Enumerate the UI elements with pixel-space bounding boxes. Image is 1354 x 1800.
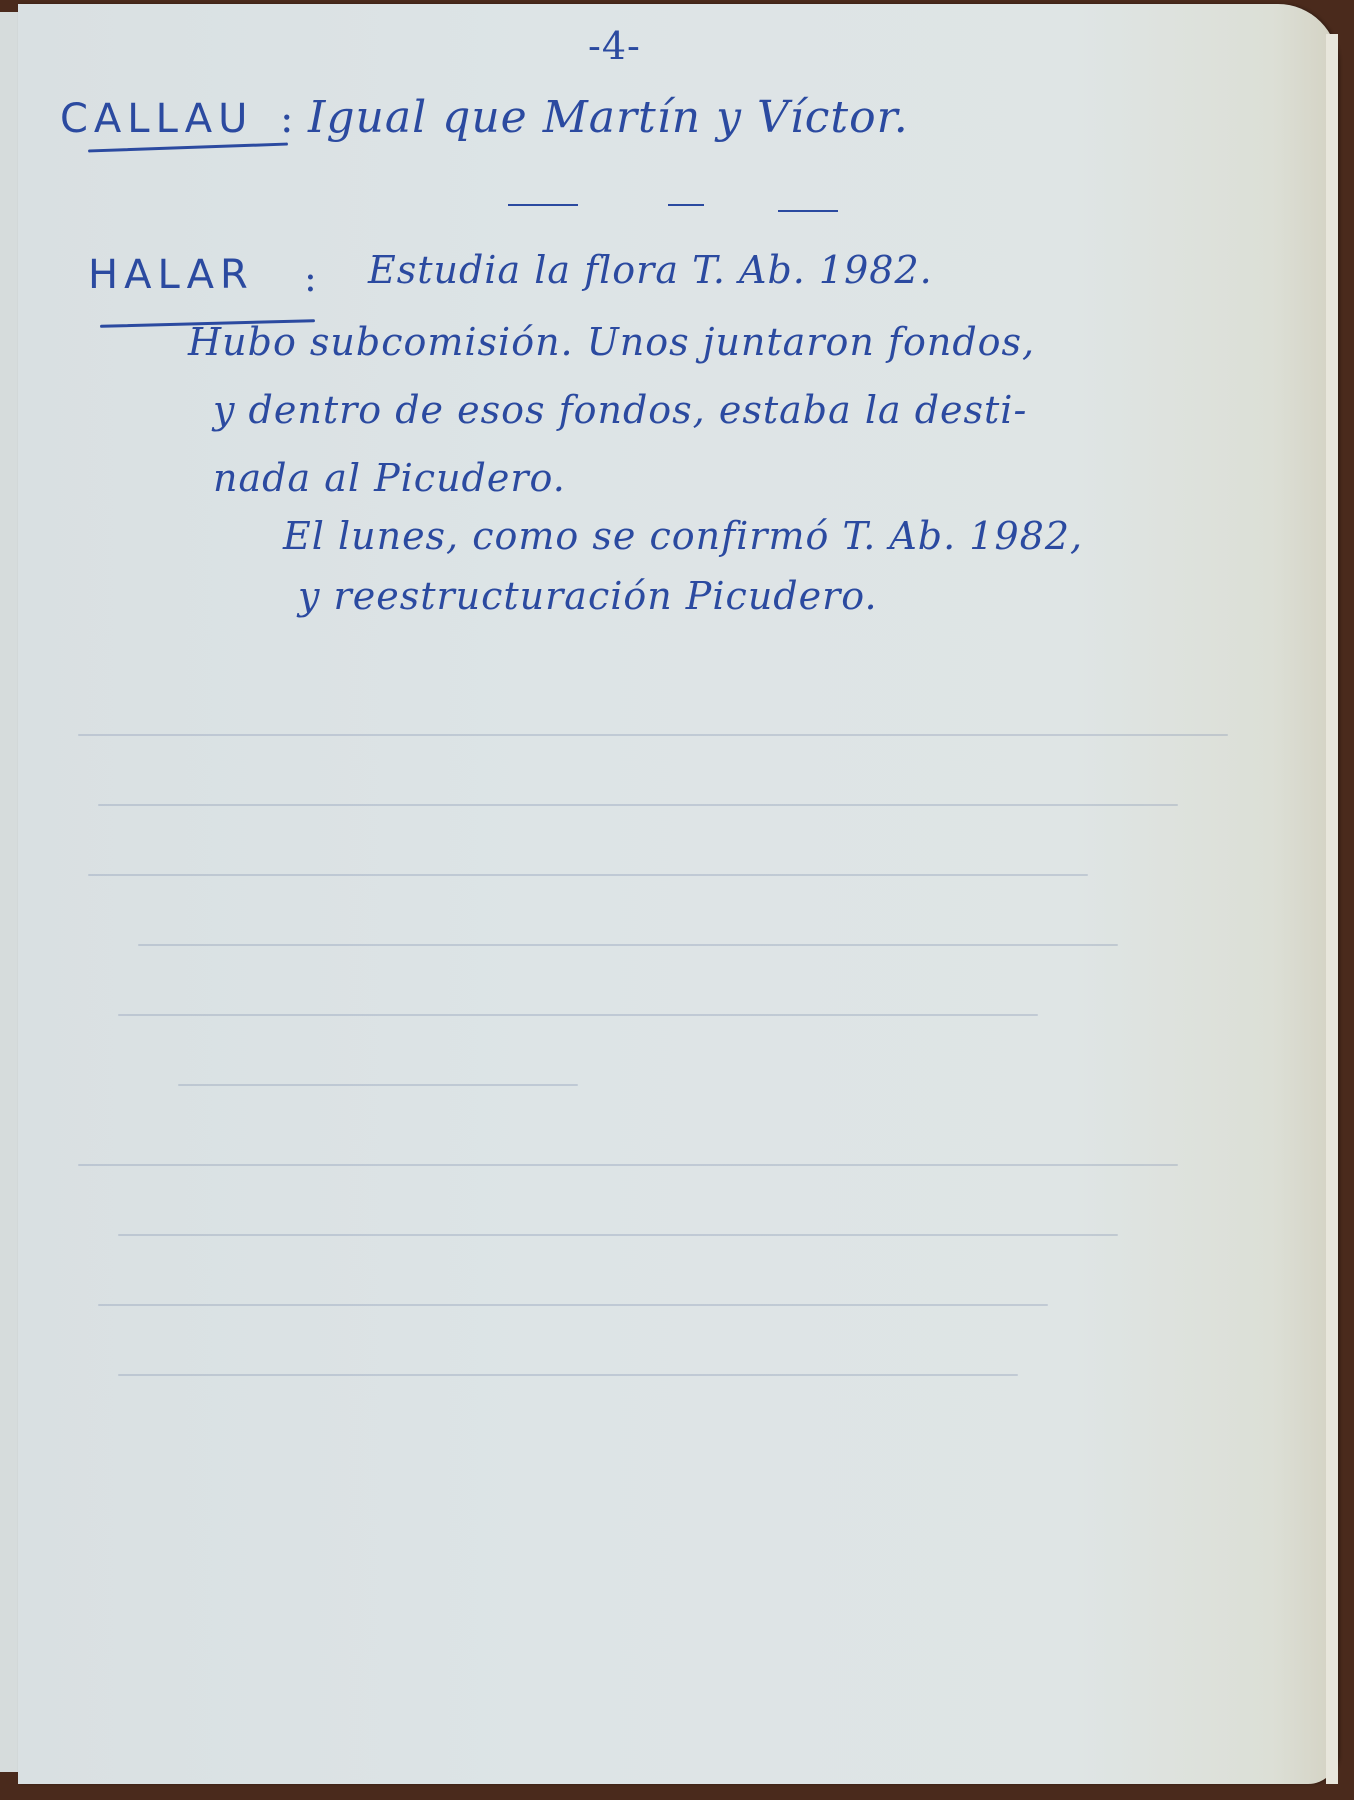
divider-left [508, 204, 578, 206]
notebook-page: -4- CALLAU : Igual que Martín y Víctor. … [18, 4, 1338, 1784]
page-stack-edge [1326, 34, 1338, 1784]
entry-heading: CALLAU [60, 96, 253, 142]
divider-right [778, 210, 838, 212]
entry-text-line: nada al Picudero. [213, 456, 566, 500]
entry-text-line: Hubo subcomisión. Unos juntaron fondos, [188, 320, 1035, 364]
entry-text-line: Estudia la flora T. Ab. 1982. [368, 248, 933, 292]
entry-separator: : [280, 96, 294, 142]
heading-underline [88, 143, 288, 153]
entry-heading: HALAR [88, 252, 254, 298]
divider-mid [668, 204, 704, 206]
page-number: -4- [588, 24, 641, 68]
entry-text-line: y reestructuración Picudero. [298, 574, 878, 618]
entry-text-line: El lunes, como se confirmó T. Ab. 1982, [283, 514, 1083, 558]
entry-text-line: y dentro de esos fondos, estaba la desti… [213, 388, 1027, 432]
entry-separator: : [304, 256, 318, 300]
bleed-through-text [58, 694, 1298, 1394]
entry-text-line: Igual que Martín y Víctor. [308, 92, 909, 143]
